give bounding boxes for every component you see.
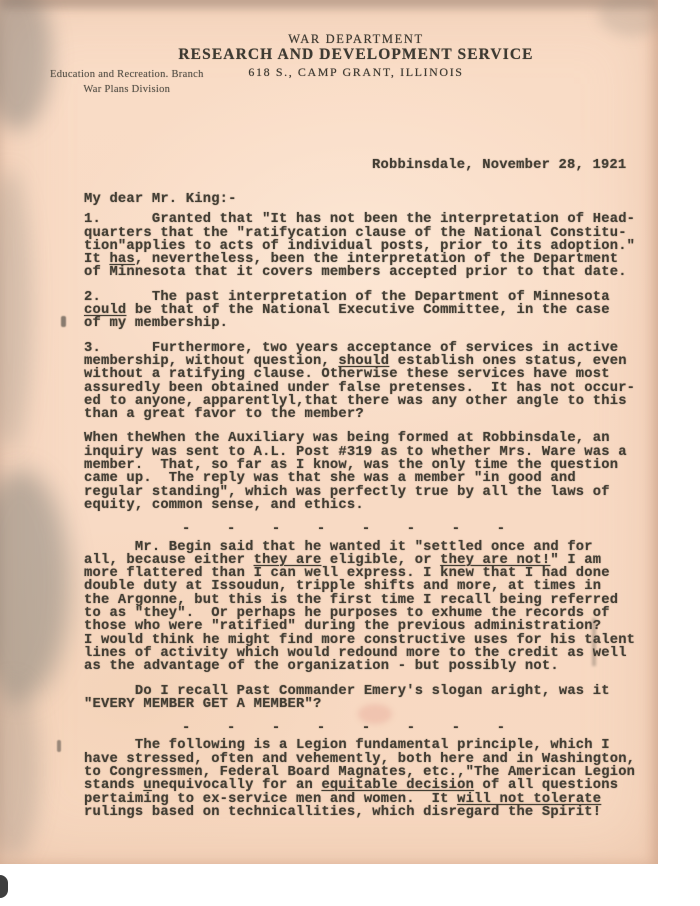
scan-speck	[61, 316, 66, 327]
text-line: regular standing", which was perfectly t…	[84, 486, 650, 499]
letterhead-branch-line2: War Plans Division	[50, 82, 204, 97]
dateline: Robbinsdale, November 28, 1921	[372, 158, 626, 173]
text-line: stands unequivocally for an equitable de…	[84, 779, 650, 792]
text-line: I would think he might find more constru…	[84, 634, 650, 647]
letterhead-service: RESEARCH AND DEVELOPMENT SERVICE	[27, 46, 658, 64]
text-line: "EVERY MEMBER GET A MEMBER"?	[84, 698, 650, 711]
paragraph: 1. Granted that "It has not been the int…	[84, 213, 650, 279]
text-line: of my membership.	[84, 317, 650, 330]
paragraph: Do I recall Past Commander Emery's sloga…	[84, 685, 650, 712]
scan-smudge-top-edge	[0, 0, 658, 8]
scan-smudge-lower-left	[0, 470, 70, 700]
letter-body-blocks: 1. Granted that "It has not been the int…	[84, 213, 650, 819]
letter-paper: Education and Recreation. Branch War Pla…	[0, 0, 658, 864]
scan-smudge-bottom-left	[0, 680, 40, 860]
text-line: Do I recall Past Commander Emery's sloga…	[84, 685, 650, 698]
separator-dashes: - - - - - - - -	[182, 722, 650, 735]
text-line: came up. The reply was that she was a me…	[84, 472, 650, 485]
separator-dashes: - - - - - - - -	[182, 523, 650, 536]
text-line: When theWhen the Auxiliary was being for…	[84, 432, 650, 445]
text-line: have stressed, often and vehemently, bot…	[84, 753, 650, 766]
text-line: rulings based on technicallities, which …	[84, 806, 650, 819]
text-line: quarters that the "ratifycation clause o…	[84, 227, 650, 240]
text-line: double duty at Issoudun, tripple shifts …	[84, 580, 650, 593]
text-line: equity, common sense, and ethics.	[84, 499, 650, 512]
letterhead-department: WAR DEPARTMENT	[27, 33, 658, 46]
text-line: 1. Granted that "It has not been the int…	[84, 213, 650, 226]
text-line: without a ratifying clause. Otherwise th…	[84, 368, 650, 381]
letter-body: My dear Mr. King:- 1. Granted that "It h…	[84, 193, 650, 830]
text-line: assuredly been obtained under false pret…	[84, 382, 650, 395]
scan-smudge-top-right	[598, 0, 658, 36]
text-line: as the advantage of the organization - b…	[84, 660, 650, 673]
salutation: My dear Mr. King:-	[84, 193, 650, 206]
text-line: pertaiming to ex-service men and women. …	[84, 793, 650, 806]
text-line: Mr. Begin said that he wanted it "settle…	[84, 541, 650, 554]
scan-speck	[57, 740, 61, 752]
scanned-letter-page: { "colors": { "paper": "#f8dbc5", "ink":…	[0, 0, 700, 906]
paragraph: 3. Furthermore, two years acceptance of …	[84, 342, 650, 422]
paragraph: When theWhen the Auxiliary was being for…	[84, 432, 650, 512]
scan-edge-mark	[0, 875, 8, 898]
text-line: The following is a Legion fundamental pr…	[84, 739, 650, 752]
text-line: of Minnesota that it covers members acce…	[84, 266, 650, 279]
letterhead-center-block: WAR DEPARTMENT RESEARCH AND DEVELOPMENT …	[27, 33, 658, 80]
paragraph: 2. The past interpretation of the Depart…	[84, 291, 650, 331]
paragraph: Mr. Begin said that he wanted it "settle…	[84, 541, 650, 674]
paragraph: The following is a Legion fundamental pr…	[84, 739, 650, 819]
letterhead-address: 618 S., CAMP GRANT, ILLINOIS	[27, 64, 658, 80]
text-line: 3. Furthermore, two years acceptance of …	[84, 342, 650, 355]
text-line: those who were "ratified" during the pre…	[84, 620, 650, 633]
text-line: than a great favor to the member?	[84, 408, 650, 421]
scan-smudge-mid-left	[0, 170, 32, 450]
